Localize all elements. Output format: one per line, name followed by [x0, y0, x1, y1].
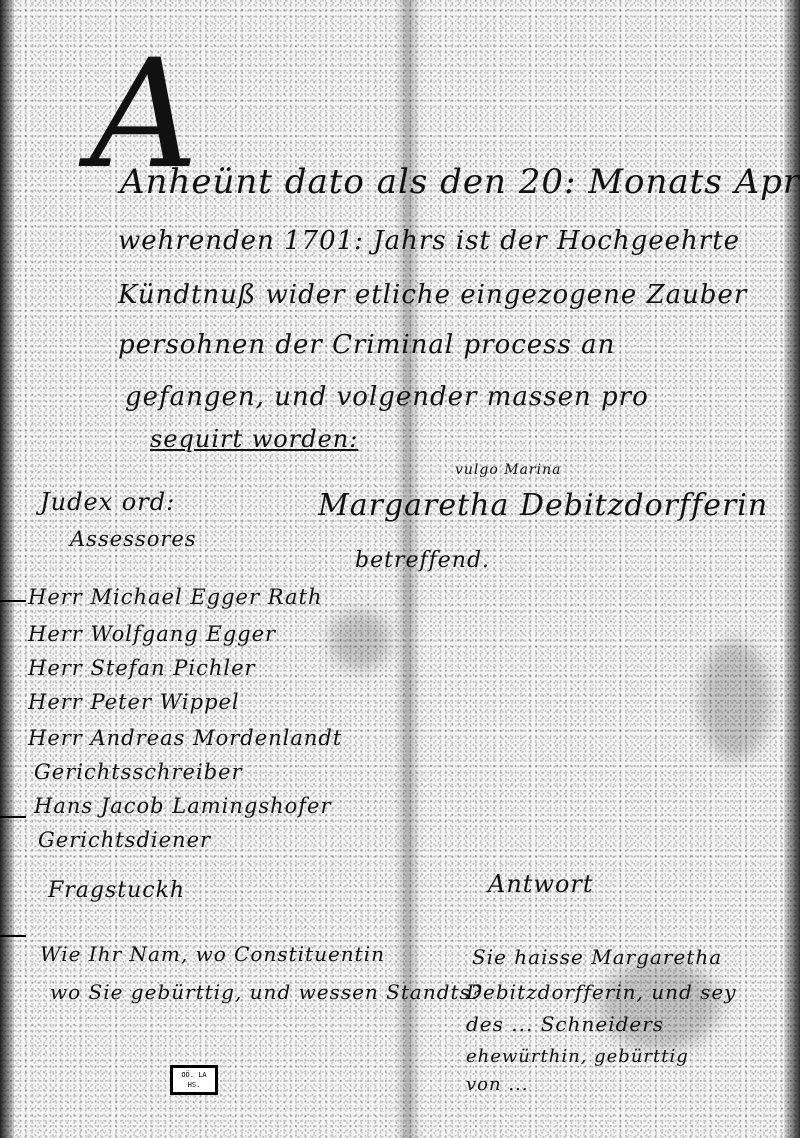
answer-heading: Antwort — [488, 870, 594, 898]
answer-line: von ... — [466, 1074, 529, 1095]
margin-tick — [0, 935, 26, 937]
page-left-edge-shadow — [0, 0, 14, 1138]
margin-tick — [0, 816, 26, 818]
court-member: Herr Stefan Pichler — [28, 656, 256, 680]
court-assessors-heading: Assessores — [70, 527, 197, 551]
answer-line: ehewürthin, gebürttig — [466, 1046, 689, 1067]
answer-line: des ... Schneiders — [466, 1012, 664, 1036]
court-member: Herr Michael Egger Rath — [28, 585, 322, 609]
court-judge-heading: Judex ord: — [40, 488, 175, 516]
manuscript-page: A Anheünt dato als den 20: Monats April … — [0, 0, 800, 1138]
header-line-3: Kündtnuß wider etliche eingezogene Zaube… — [118, 280, 747, 310]
header-line-6: sequirt worden: — [150, 425, 358, 453]
question-line: wo Sie gebürttig, und wessen Standts? — [50, 980, 483, 1004]
archive-stamp: OÖ. LA HS. — [170, 1065, 218, 1095]
court-member: Herr Wolfgang Egger — [28, 622, 276, 646]
question-line: Wie Ihr Nam, wo Constituentin — [40, 942, 385, 966]
court-member: Herr Andreas Mordenlandt — [28, 726, 342, 750]
ink-smudge — [600, 960, 720, 1050]
archive-stamp-line-2: HS. — [173, 1080, 215, 1090]
defendant-name: Margaretha Debitzdorfferin — [318, 488, 768, 523]
court-member: Gerichtsschreiber — [34, 760, 243, 784]
answer-line: Debitzdorfferin, und sey — [466, 980, 737, 1004]
header-line-1: Anheünt dato als den 20: Monats April — [120, 162, 800, 202]
interlinear-note: vulgo Marina — [455, 462, 561, 478]
header-line-2: wehrenden 1701: Jahrs ist der Hochgeehrt… — [118, 226, 740, 256]
defendant-subline: betreffend. — [355, 548, 490, 573]
margin-tick — [0, 600, 26, 602]
court-member: Hans Jacob Lamingshofer — [34, 794, 332, 818]
court-member: Gerichtsdiener — [38, 828, 211, 852]
archive-stamp-line-1: OÖ. LA — [173, 1070, 215, 1080]
question-heading: Fragstuckh — [48, 878, 185, 903]
ink-smudge — [330, 610, 390, 670]
answer-line: Sie haisse Margaretha — [472, 945, 722, 969]
ink-smudge — [700, 640, 770, 760]
header-line-4: persohnen der Criminal process an — [118, 330, 615, 360]
header-line-5: gefangen, und volgender massen pro — [125, 382, 649, 412]
court-member: Herr Peter Wippel — [28, 690, 240, 714]
